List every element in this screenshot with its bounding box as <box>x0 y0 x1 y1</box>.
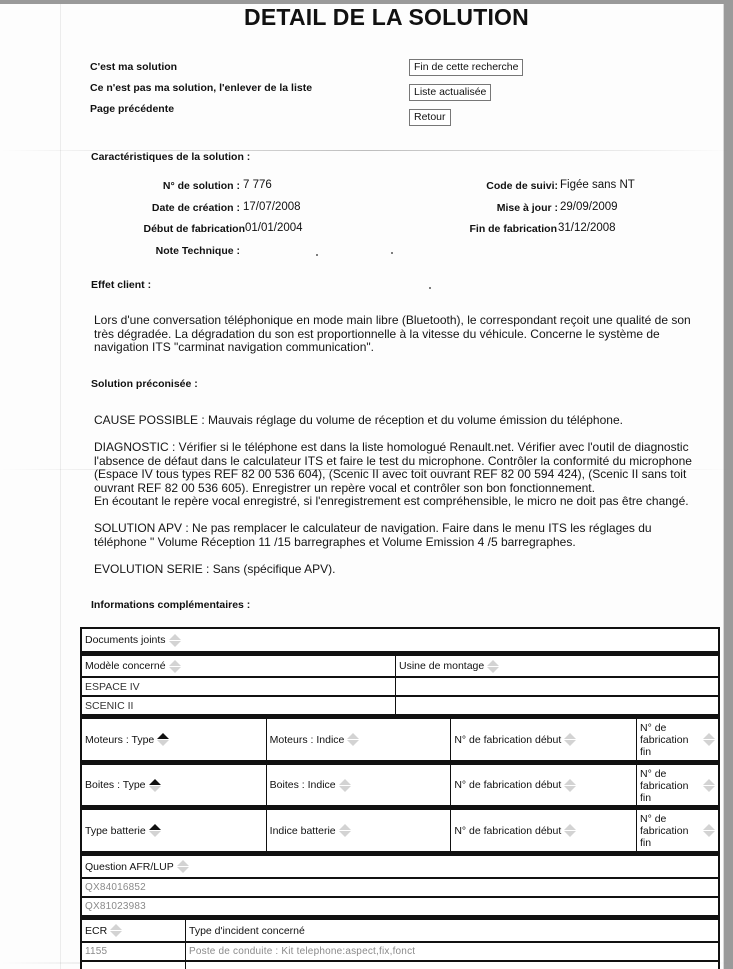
model-row: SCENIC II <box>80 697 720 716</box>
gearbox-start-header[interactable]: N° de fabrication début <box>451 765 637 805</box>
engine-index-label: Moteurs : Indice <box>270 734 345 746</box>
sort-icon[interactable] <box>703 778 715 792</box>
battery-end-label: N° de fabrication fin <box>640 812 700 849</box>
gearbox-index-label: Boites : Indice <box>270 779 336 791</box>
engine-type-label: Moteurs : Type <box>85 734 154 746</box>
battery-index-label: Indice batterie <box>270 825 336 837</box>
action-label-previous-page: Page précédente <box>90 103 174 115</box>
solution-number-label: N° de solution : <box>120 180 240 192</box>
back-button[interactable]: Retour <box>409 109 451 126</box>
manufacture-start-label: Début de fabrication <box>100 223 245 235</box>
creation-date-value: 17/07/2008 <box>243 201 301 213</box>
diagnostic-text: DIAGNOSTIC : Vérifier si le téléphone es… <box>94 441 704 495</box>
incident-cell <box>186 962 718 969</box>
battery-start-header[interactable]: N° de fabrication début <box>451 810 637 851</box>
technical-note-label: Note Technique : <box>120 245 240 257</box>
battery-index-header[interactable]: Indice batterie <box>267 810 452 851</box>
model-cell: SCENIC II <box>82 697 396 714</box>
sort-icon[interactable] <box>564 733 576 747</box>
gearbox-row: Boites : Type Boites : Indice N° de fabr… <box>80 762 720 807</box>
scan-speck <box>391 252 393 254</box>
additional-info-table: Documents joints Modèle concerné Usine d… <box>80 627 720 969</box>
gearbox-type-label: Boites : Type <box>85 779 146 791</box>
engine-row: Moteurs : Type Moteurs : Indice N° de fa… <box>80 716 720 762</box>
model-cell: ESPACE IV <box>82 678 396 695</box>
model-row: ESPACE IV <box>80 678 720 697</box>
ecr-cell <box>82 962 186 969</box>
scan-speck <box>316 254 318 256</box>
battery-end-header[interactable]: N° de fabrication fin <box>637 810 718 851</box>
gearbox-index-header[interactable]: Boites : Indice <box>267 765 452 805</box>
question-cell: QX84016852 <box>82 879 718 896</box>
ecr-cell: 1155 <box>82 943 186 960</box>
sort-icon[interactable] <box>169 659 181 673</box>
question-cell: QX81023983 <box>82 898 718 915</box>
incident-cell: Poste de conduite : Kit telephone:aspect… <box>186 943 718 960</box>
manufacture-start-value: 01/01/2004 <box>245 222 303 234</box>
plant-cell <box>396 697 718 714</box>
sort-icon[interactable] <box>564 824 576 838</box>
tracking-code-label: Code de suivi: <box>440 180 558 192</box>
updated-list-button[interactable]: Liste actualisée <box>409 84 491 101</box>
model-header-row: Modèle concerné Usine de montage <box>80 653 720 678</box>
model-label: Modèle concerné <box>85 660 166 672</box>
scan-speck <box>429 287 431 289</box>
engine-start-header[interactable]: N° de fabrication début <box>451 719 637 760</box>
question-label: Question AFR/LUP <box>85 861 174 873</box>
battery-type-header[interactable]: Type batterie <box>82 810 267 851</box>
evolution-text: EVOLUTION SERIE : Sans (spécifique APV). <box>94 563 704 577</box>
sort-icon[interactable] <box>339 824 351 838</box>
page-title: DETAIL DE LA SOLUTION <box>0 4 733 31</box>
characteristics-heading: Caractéristiques de la solution : <box>91 151 250 163</box>
engine-end-header[interactable]: N° de fabrication fin <box>637 719 718 760</box>
end-search-button[interactable]: Fin de cette recherche <box>409 59 523 76</box>
sort-icon[interactable] <box>703 824 715 838</box>
question-header-row: Question AFR/LUP <box>80 853 720 879</box>
ecr-header[interactable]: ECR <box>82 920 186 941</box>
action-label-my-solution: C'est ma solution <box>90 61 177 73</box>
solution-number-value: 7 776 <box>243 179 272 191</box>
manufacture-end-label: Fin de fabrication <box>440 223 557 235</box>
update-date-label: Mise à jour : <box>440 202 558 214</box>
sort-icon[interactable] <box>177 860 189 874</box>
action-label-not-my-solution: Ce n'est pas ma solution, l'enlever de l… <box>90 82 312 94</box>
ecr-label: ECR <box>85 925 107 937</box>
tracking-code-value: Figée sans NT <box>560 179 635 191</box>
solution-apv-text: SOLUTION APV : Ne pas remplacer le calcu… <box>94 522 704 549</box>
cause-text: CAUSE POSSIBLE : Mauvais réglage du volu… <box>94 414 704 428</box>
update-date-value: 29/09/2009 <box>560 201 618 213</box>
additional-info-heading: Informations complémentaires : <box>91 599 250 611</box>
sort-icon[interactable] <box>564 778 576 792</box>
engine-index-header[interactable]: Moteurs : Indice <box>267 719 452 760</box>
attached-documents-header[interactable]: Documents joints <box>82 629 718 651</box>
question-row: QX84016852 <box>80 879 720 898</box>
gearbox-end-label: N° de fabrication fin <box>640 767 700 804</box>
plant-header[interactable]: Usine de montage <box>396 656 718 676</box>
engine-type-header[interactable]: Moteurs : Type <box>82 719 267 760</box>
sort-ascending-icon[interactable] <box>157 733 169 747</box>
sort-icon[interactable] <box>703 733 715 747</box>
model-header[interactable]: Modèle concerné <box>82 656 396 676</box>
battery-row: Type batterie Indice batterie N° de fabr… <box>80 807 720 853</box>
customer-effect-heading: Effet client : <box>91 279 151 291</box>
manufacture-end-value: 31/12/2008 <box>558 222 616 234</box>
question-header[interactable]: Question AFR/LUP <box>82 856 718 877</box>
sort-icon[interactable] <box>339 778 351 792</box>
question-row: QX81023983 <box>80 898 720 917</box>
engine-end-label: N° de fabrication fin <box>640 721 700 758</box>
attached-documents-row: Documents joints <box>80 627 720 653</box>
engine-start-label: N° de fabrication début <box>454 734 561 746</box>
plant-cell <box>396 678 718 695</box>
gearbox-start-label: N° de fabrication début <box>454 779 561 791</box>
sort-ascending-icon[interactable] <box>149 778 161 792</box>
gearbox-type-header[interactable]: Boites : Type <box>82 765 267 805</box>
sort-icon[interactable] <box>169 633 181 647</box>
gearbox-end-header[interactable]: N° de fabrication fin <box>637 765 718 805</box>
incident-type-header: Type d'incident concerné <box>186 920 718 941</box>
incident-type-label: Type d'incident concerné <box>189 925 305 937</box>
battery-type-label: Type batterie <box>85 825 146 837</box>
creation-date-label: Date de création : <box>100 202 240 214</box>
sort-icon[interactable] <box>110 924 122 938</box>
attached-documents-label: Documents joints <box>85 634 166 646</box>
ecr-row: 1155 Poste de conduite : Kit telephone:a… <box>80 943 720 962</box>
ecr-header-row: ECR Type d'incident concerné <box>80 917 720 943</box>
ecr-row-partial <box>80 962 720 969</box>
sort-icon[interactable] <box>487 659 499 673</box>
customer-effect-text: Lors d'une conversation téléphonique en … <box>94 314 704 355</box>
recommended-solution-heading: Solution préconisée : <box>91 378 198 390</box>
sort-ascending-icon[interactable] <box>149 824 161 838</box>
plant-label: Usine de montage <box>399 660 484 672</box>
battery-start-label: N° de fabrication début <box>454 825 561 837</box>
sort-icon[interactable] <box>347 733 359 747</box>
diagnostic-text-2: En écoutant le repère vocal enregistré, … <box>94 495 704 509</box>
